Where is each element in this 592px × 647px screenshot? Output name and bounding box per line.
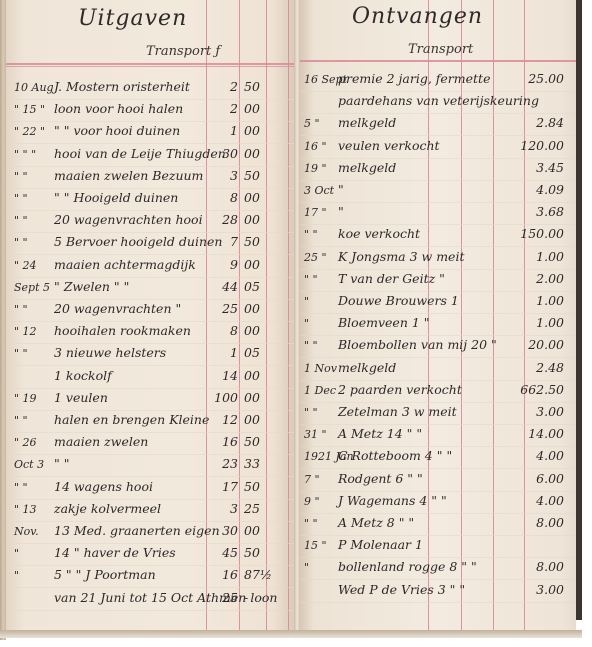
- ledger-row: "Bloemveen 1 "1.00: [300, 314, 576, 336]
- entry-guilders: 17: [222, 479, 238, 494]
- entry-amount: 2.48: [536, 360, 564, 375]
- entry-date: ": [304, 295, 309, 308]
- entry-description: K Jongsma 3 w meit: [338, 249, 464, 264]
- ledger-row: " "maaien zwelen Bezuum350: [6, 167, 296, 189]
- entry-cents: 50: [244, 545, 260, 560]
- entry-date: " ": [14, 236, 28, 249]
- entry-description: zakje kolvermeel: [54, 501, 161, 516]
- entry-date: " ": [14, 414, 28, 427]
- entry-date: ": [14, 569, 19, 582]
- entry-guilders: 45: [222, 545, 238, 560]
- entry-guilders: 7: [230, 234, 238, 249]
- entry-amount: 20.00: [528, 337, 564, 352]
- entry-description: C Rotteboom 4 " ": [338, 448, 452, 463]
- entry-guilders: 16: [222, 434, 238, 449]
- entry-guilders: 30: [222, 146, 238, 161]
- entry-guilders: 28: [222, 212, 238, 227]
- ledger-row: paardehans van veterijskeuring: [300, 92, 576, 114]
- ledger-row: "5 " " J Poortman1687½: [6, 566, 296, 588]
- entry-cents: 87½: [244, 567, 272, 582]
- entry-description: paardehans van veterijskeuring: [338, 93, 539, 108]
- entry-description: maaien achtermagdijk: [54, 257, 196, 272]
- entry-date: 1 Dec: [304, 384, 336, 397]
- ledger-row: 3 Oct"4.09: [300, 181, 576, 203]
- entry-date: " ": [14, 303, 28, 316]
- entry-description: melkgeld: [338, 115, 396, 130]
- entry-guilders: 25: [222, 301, 238, 316]
- ledger-row: Oct 3" "2333: [6, 455, 296, 477]
- entry-guilders: 8: [230, 323, 238, 338]
- entry-date: 3 Oct: [304, 184, 334, 197]
- entry-description: halen en brengen Kleine: [54, 412, 209, 427]
- ledger-row: 10 AugJ. Mostern oristerheit250: [6, 78, 296, 100]
- entry-date: Nov.: [14, 525, 39, 538]
- ledger-row: Wed P de Vries 3 " "3.00: [300, 581, 576, 603]
- entry-amount: 14.00: [528, 426, 564, 441]
- entry-date: Sept 5: [14, 281, 50, 294]
- entry-guilders: 1: [230, 123, 238, 138]
- entry-cents: 00: [244, 412, 260, 427]
- entry-description: hooihalen rookmaken: [54, 323, 191, 338]
- entry-description: T van der Geitz ": [338, 271, 445, 286]
- entry-guilders: 100: [214, 390, 238, 405]
- ledger-row: " 191 veulen10000: [6, 389, 296, 411]
- entry-date: 9 ": [304, 495, 320, 508]
- ledger-row: Nov.13 Med. graanerten eigen3000: [6, 522, 296, 544]
- entry-description: 20 wagenvrachten ": [54, 301, 181, 316]
- entry-description: 2 paarden verkocht: [338, 382, 462, 397]
- entry-amount: 3.45: [536, 160, 564, 175]
- entry-date: " ": [304, 228, 318, 241]
- ledger-row: 16 Septpremie 2 jarig, fermette25.00: [300, 70, 576, 92]
- entry-cents: 00: [244, 523, 260, 538]
- entry-amount: 4.00: [536, 493, 564, 508]
- ledger-row: " "koe verkocht150.00: [300, 225, 576, 247]
- entry-amount: 8.00: [536, 559, 564, 574]
- entry-amount: 6.00: [536, 471, 564, 486]
- entry-cents: 33: [244, 456, 260, 471]
- ledger-row: 1 kockolf1400: [6, 367, 296, 389]
- page-bottom-shadow: [0, 630, 582, 638]
- entry-guilders: 44: [222, 279, 238, 294]
- entry-date: " 19: [14, 392, 37, 405]
- entry-date: ": [304, 561, 309, 574]
- entry-cents: 50: [244, 168, 260, 183]
- entry-date: " ": [304, 273, 318, 286]
- ledger-row: 31 "A Metz 14 " "14.00: [300, 425, 576, 447]
- left-page-expenses: Uitgaven Transport ƒ 10 AugJ. Mostern or…: [6, 0, 296, 633]
- ledger-row: " "20 wagenvrachten hooi2800: [6, 211, 296, 233]
- ledger-row: " 15 "loon voor hooi halen200: [6, 100, 296, 122]
- entry-amount: 4.09: [536, 182, 564, 197]
- entry-amount: 1.00: [536, 249, 564, 264]
- entry-description: melkgeld: [338, 360, 396, 375]
- entry-description: Douwe Brouwers 1: [338, 293, 459, 308]
- entry-cents: 00: [244, 190, 260, 205]
- entry-date: 10 Aug: [14, 81, 54, 94]
- entry-date: " ": [14, 170, 28, 183]
- entry-amount: 1.00: [536, 315, 564, 330]
- entry-date: " 22 ": [14, 125, 45, 138]
- entry-description: ": [338, 204, 344, 219]
- entry-amount: 120.00: [520, 138, 564, 153]
- entry-cents: 05: [244, 279, 260, 294]
- entry-date: " ": [14, 192, 28, 205]
- ledger-row: Sept 5" Zwelen " "4405: [6, 278, 296, 300]
- entry-guilders: 23: [222, 456, 238, 471]
- entry-date: 16 ": [304, 140, 327, 153]
- entry-description: 14 " haver de Vries: [54, 545, 176, 560]
- entry-cents: 00: [244, 323, 260, 338]
- ruled-line: [300, 602, 576, 603]
- entry-description: ": [338, 182, 344, 197]
- entry-date: " 24: [14, 259, 37, 272]
- entry-guilders: 1: [230, 345, 238, 360]
- ledger-row: 9 "J Wagemans 4 " "4.00: [300, 492, 576, 514]
- ledger-row: " 12hooihalen rookmaken800: [6, 322, 296, 344]
- entry-cents: 00: [244, 390, 260, 405]
- entry-date: 17 ": [304, 206, 327, 219]
- entry-amount: 662.50: [520, 382, 564, 397]
- entry-description: 1 kockolf: [54, 368, 112, 383]
- entry-guilders: 9: [230, 257, 238, 272]
- entry-description: Rodgent 6 " ": [338, 471, 423, 486]
- ledger-row: " "Bloembollen van mij 20 "20.00: [300, 336, 576, 358]
- ledger-row: " "Zetelman 3 w meit3.00: [300, 403, 576, 425]
- entry-description: 20 wagenvrachten hooi: [54, 212, 203, 227]
- entry-amount: 3.68: [536, 204, 564, 219]
- header-rule-thin: [6, 66, 296, 67]
- entry-description: " ": [54, 456, 69, 471]
- entry-description: loon voor hooi halen: [54, 101, 183, 116]
- transport-label: Transport ƒ: [146, 44, 220, 59]
- entry-description: J Wagemans 4 " ": [338, 493, 447, 508]
- header-rule: [300, 60, 576, 62]
- entry-cents: 00: [244, 146, 260, 161]
- entry-amount: 8.00: [536, 515, 564, 530]
- entry-amount: 150.00: [520, 226, 564, 241]
- ledger-row: 17 ""3.68: [300, 203, 576, 225]
- entry-date: 7 ": [304, 473, 320, 486]
- header-rule: [6, 63, 296, 65]
- book-cover-edge: [576, 0, 582, 620]
- ledger-row: "Douwe Brouwers 11.00: [300, 292, 576, 314]
- entry-description: P Molenaar 1: [338, 537, 423, 552]
- ledger-row: " "5 Bervoer hooigeld duinen750: [6, 233, 296, 255]
- entry-guilders: 8: [230, 190, 238, 205]
- ledger-row: 1 Dec2 paarden verkocht662.50: [300, 381, 576, 403]
- entry-guilders: 14: [222, 368, 238, 383]
- entry-description: melkgeld: [338, 160, 396, 175]
- entry-date: " ": [14, 481, 28, 494]
- entry-amount: 4.00: [536, 448, 564, 463]
- open-ledger-book: Uitgaven Transport ƒ 10 AugJ. Mostern or…: [0, 0, 592, 640]
- ledger-row: 25 "K Jongsma 3 w meit1.00: [300, 248, 576, 270]
- entry-description: maaien zwelen: [54, 434, 148, 449]
- ledger-row: " 22 "" " voor hooi duinen100: [6, 122, 296, 144]
- ledger-row: 1921 JanC Rotteboom 4 " "4.00: [300, 447, 576, 469]
- ledger-row: " "" " Hooigeld duinen800: [6, 189, 296, 211]
- ledger-row: 7 "Rodgent 6 " "6.00: [300, 470, 576, 492]
- entry-amount: 25.00: [528, 71, 564, 86]
- entry-date: 31 ": [304, 428, 327, 441]
- entry-date: " 13: [14, 503, 37, 516]
- ledger-row: 16 "veulen verkocht120.00: [300, 137, 576, 159]
- entry-description: 14 wagens hooi: [54, 479, 153, 494]
- ledger-row: " "halen en brengen Kleine1200: [6, 411, 296, 433]
- ledger-row: 15 "P Molenaar 1: [300, 536, 576, 558]
- entry-guilders: 30: [222, 523, 238, 538]
- entry-amount: 1.00: [536, 293, 564, 308]
- entry-date: Oct 3: [14, 458, 44, 471]
- entry-date: " ": [304, 339, 318, 352]
- ruled-line: [6, 610, 296, 611]
- entry-cents: 00: [244, 368, 260, 383]
- entry-date: 15 ": [304, 539, 327, 552]
- entry-description: 5 " " J Poortman: [54, 567, 156, 582]
- entry-description: J. Mostern oristerheit: [54, 79, 190, 94]
- entry-description: 1 veulen: [54, 390, 108, 405]
- entry-cents: 00: [244, 101, 260, 116]
- entry-description: premie 2 jarig, fermette: [338, 71, 490, 86]
- entry-amount: 3.00: [536, 582, 564, 597]
- entry-description: A Metz 8 " ": [338, 515, 414, 530]
- entry-description: A Metz 14 " ": [338, 426, 422, 441]
- entry-description: " " Hooigeld duinen: [54, 190, 178, 205]
- entry-date: ": [304, 317, 309, 330]
- entry-cents: 00: [244, 123, 260, 138]
- entry-description: hooi van de Leije Thiugden: [54, 146, 226, 161]
- ledger-row: " " "hooi van de Leije Thiugden3000: [6, 145, 296, 167]
- entry-date: " ": [304, 406, 318, 419]
- ledger-row: " "20 wagenvrachten "2500: [6, 300, 296, 322]
- ledger-row: " "14 wagens hooi1750: [6, 478, 296, 500]
- entry-description: " Zwelen " ": [54, 279, 129, 294]
- entry-cents: 50: [244, 434, 260, 449]
- ledger-row: 5 "melkgeld2.84: [300, 114, 576, 136]
- entry-cents: -: [244, 590, 248, 605]
- entry-cents: 25: [244, 501, 260, 516]
- entry-cents: 50: [244, 79, 260, 94]
- entry-description: Bloemveen 1 ": [338, 315, 430, 330]
- entry-date: " " ": [14, 148, 36, 161]
- entry-description: 3 nieuwe helsters: [54, 345, 166, 360]
- entry-description: veulen verkocht: [338, 138, 440, 153]
- entry-description: Zetelman 3 w meit: [338, 404, 457, 419]
- transport-label: Transport: [408, 42, 473, 57]
- entry-cents: 00: [244, 212, 260, 227]
- entry-date: " 12: [14, 325, 37, 338]
- right-page-income: Ontvangen Transport 16 Septpremie 2 jari…: [300, 0, 576, 633]
- entry-guilders: 16: [222, 567, 238, 582]
- ledger-row: "14 " haver de Vries4550: [6, 544, 296, 566]
- entry-description: bollenland rogge 8 " ": [338, 559, 477, 574]
- entry-description: 5 Bervoer hooigeld duinen: [54, 234, 222, 249]
- page-title: Ontvangen: [352, 4, 483, 29]
- entry-date: " 15 ": [14, 103, 45, 116]
- ledger-row: van 21 Juni tot 15 Oct Athmen loon25-: [6, 589, 296, 611]
- entry-description: maaien zwelen Bezuum: [54, 168, 203, 183]
- ledger-row: " "T van der Geitz "2.00: [300, 270, 576, 292]
- ledger-row: 1 Novmelkgeld2.48: [300, 359, 576, 381]
- entry-guilders: 3: [230, 168, 238, 183]
- entry-cents: 00: [244, 257, 260, 272]
- entry-date: 1 Nov: [304, 362, 337, 375]
- ledger-row: " "3 nieuwe helsters105: [6, 344, 296, 366]
- entry-date: " ": [14, 347, 28, 360]
- entry-date: 19 ": [304, 162, 327, 175]
- ledger-row: " "A Metz 8 " "8.00: [300, 514, 576, 536]
- entry-guilders: 2: [230, 101, 238, 116]
- entry-guilders: 3: [230, 501, 238, 516]
- ledger-row: " 24maaien achtermagdijk900: [6, 256, 296, 278]
- entry-description: Bloembollen van mij 20 ": [338, 337, 497, 352]
- entry-description: Wed P de Vries 3 " ": [338, 582, 465, 597]
- entry-guilders: 2: [230, 79, 238, 94]
- ledger-row: 19 "melkgeld3.45: [300, 159, 576, 181]
- entry-guilders: 25: [222, 590, 238, 605]
- entry-date: " 26: [14, 436, 37, 449]
- entry-date: " ": [304, 517, 318, 530]
- ledger-row: " 26maaien zwelen1650: [6, 433, 296, 455]
- entry-description: 13 Med. graanerten eigen: [54, 523, 220, 538]
- entry-date: 25 ": [304, 251, 327, 264]
- ledger-row: "bollenland rogge 8 " "8.00: [300, 558, 576, 580]
- entry-amount: 2.84: [536, 115, 564, 130]
- entry-date: 5 ": [304, 117, 320, 130]
- entry-amount: 3.00: [536, 404, 564, 419]
- entry-cents: 00: [244, 301, 260, 316]
- entry-date: ": [14, 547, 19, 560]
- ledger-row: " 13zakje kolvermeel325: [6, 500, 296, 522]
- entry-amount: 2.00: [536, 271, 564, 286]
- entry-description: koe verkocht: [338, 226, 420, 241]
- entry-date: " ": [14, 214, 28, 227]
- entry-cents: 05: [244, 345, 260, 360]
- entry-cents: 50: [244, 234, 260, 249]
- page-title: Uitgaven: [78, 6, 187, 31]
- entry-description: " " voor hooi duinen: [54, 123, 180, 138]
- entry-guilders: 12: [222, 412, 238, 427]
- entry-cents: 50: [244, 479, 260, 494]
